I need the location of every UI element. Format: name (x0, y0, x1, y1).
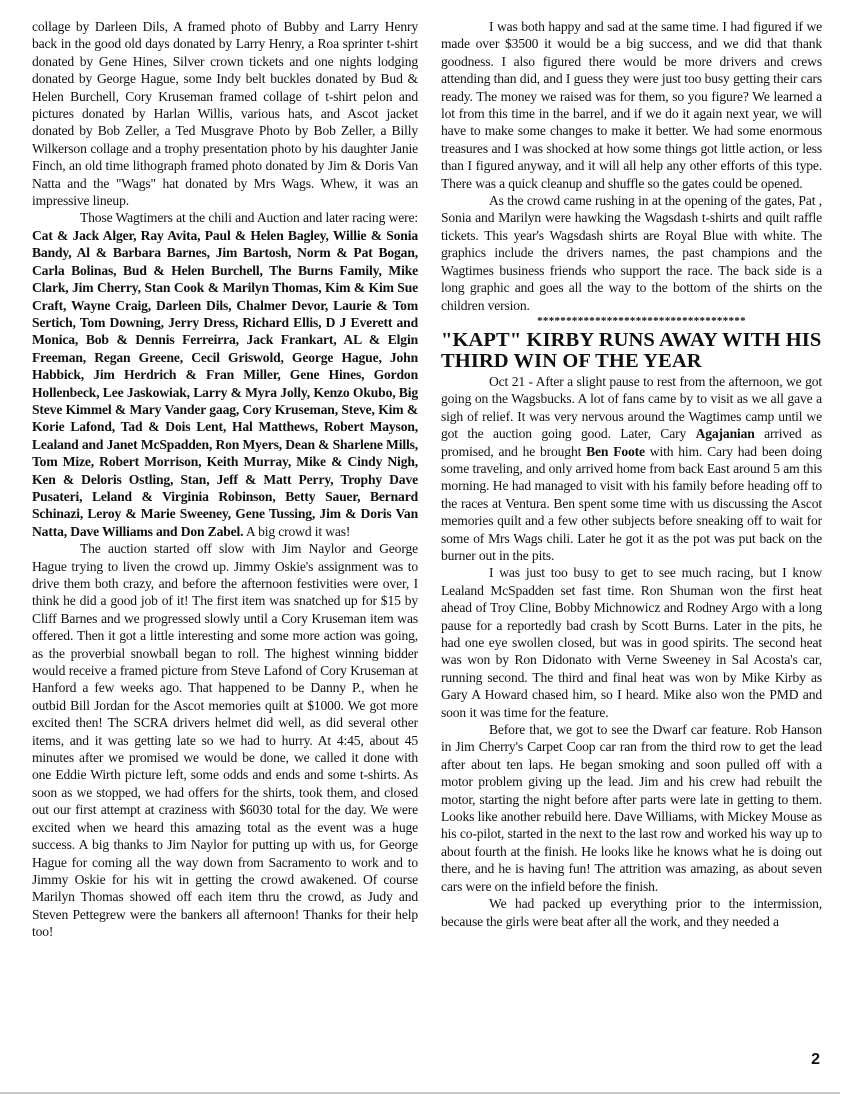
newsletter-page: collage by Darleen Dils, A framed photo … (0, 0, 850, 1100)
bold-name-agajanian: Agajanian (696, 426, 755, 441)
attendees-paragraph: Those Wagtimers at the chili and Auction… (32, 209, 418, 540)
right-column: I was both happy and sad at the same tim… (441, 18, 822, 930)
page-number: 2 (811, 1051, 820, 1069)
attendees-intro: Those Wagtimers at the chili and Auction… (80, 210, 418, 225)
article-headline: "KAPT" KIRBY RUNS AWAY WITH HIS THIRD WI… (441, 330, 822, 372)
donations-paragraph: collage by Darleen Dils, A framed photo … (32, 18, 418, 209)
article-paragraph-3: Before that, we got to see the Dwarf car… (441, 721, 822, 895)
left-column: collage by Darleen Dils, A framed photo … (32, 18, 418, 941)
article-paragraph-2: I was just too busy to get to see much r… (441, 564, 822, 721)
reflection-paragraph: I was both happy and sad at the same tim… (441, 18, 822, 192)
attendees-outro: A big crowd it was! (243, 524, 350, 539)
bold-name-ben-foote: Ben Foote (586, 444, 645, 459)
attendees-names: Cat & Jack Alger, Ray Avita, Paul & Hele… (32, 228, 418, 539)
section-separator: ************************************ (441, 314, 822, 328)
article-paragraph-1: Oct 21 - After a slight pause to rest fr… (441, 373, 822, 564)
article-text: with him. Cary had been doing some trave… (441, 444, 822, 563)
article-paragraph-4: We had packed up everything prior to the… (441, 895, 822, 930)
page-bottom-edge (0, 1092, 840, 1094)
auction-paragraph: The auction started off slow with Jim Na… (32, 540, 418, 940)
tshirts-paragraph: As the crowd came rushing in at the open… (441, 192, 822, 314)
